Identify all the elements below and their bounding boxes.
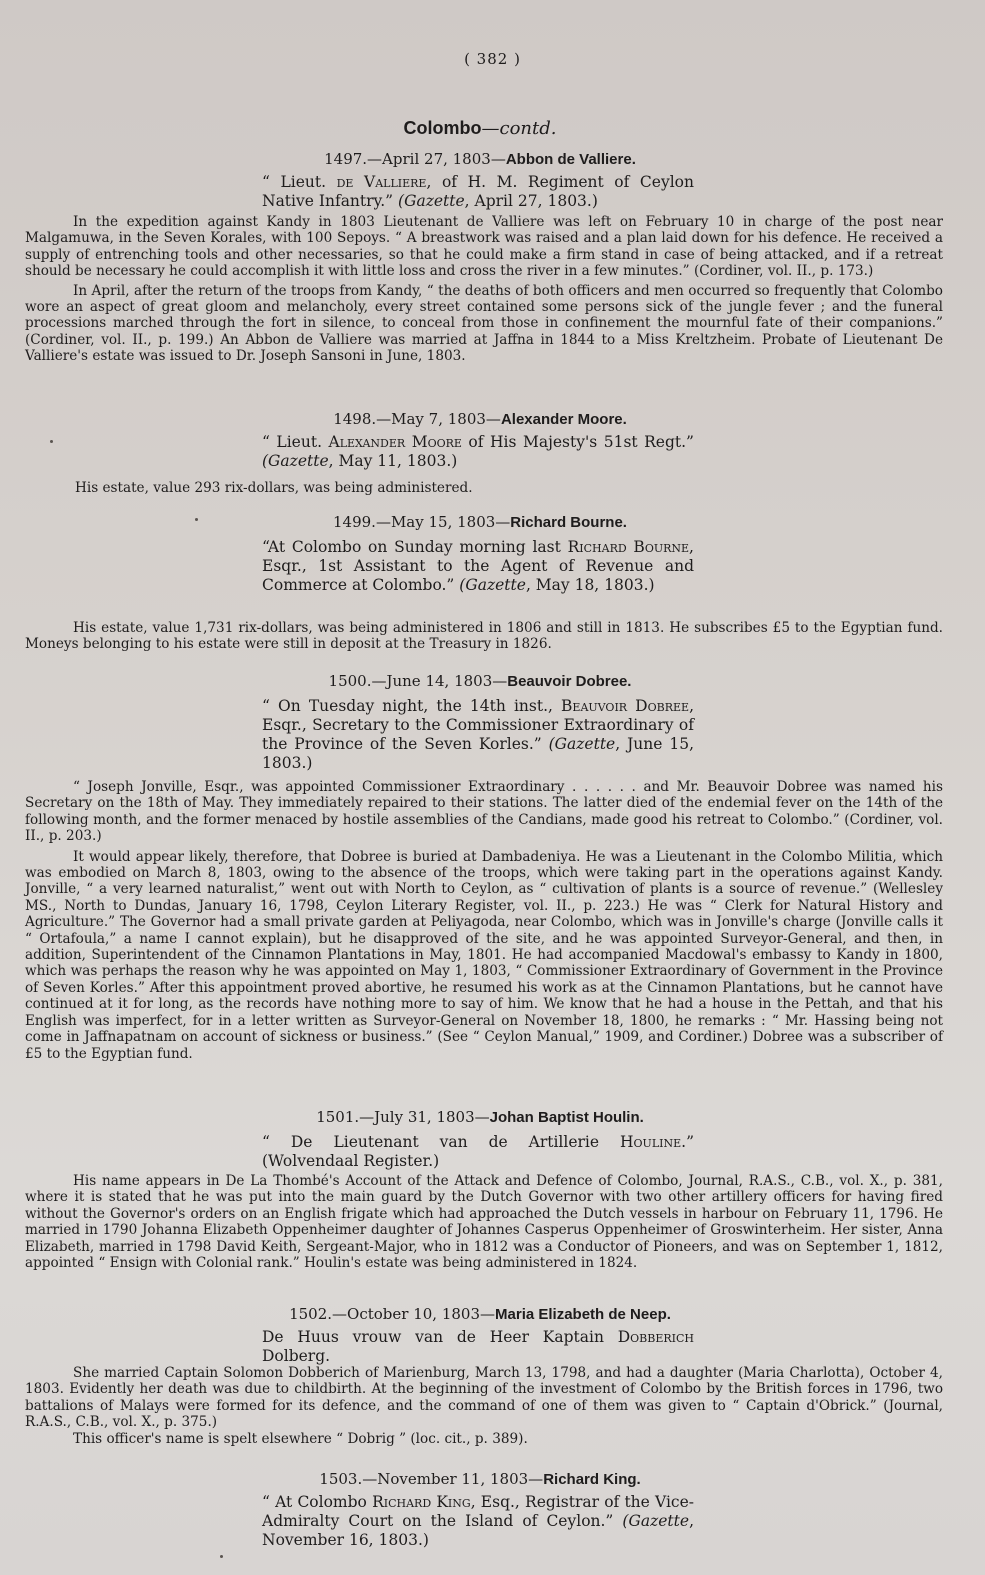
entry-body: His estate, value 293 rix-dollars, was b… xyxy=(25,480,943,496)
paragraph: In April, after the return of the troops… xyxy=(25,283,943,365)
paragraph: This officer's name is spelt elsewhere “… xyxy=(25,1431,943,1447)
entry-date: 1501.—July 31, 1803— xyxy=(316,1108,489,1126)
entry-name: Richard Bourne. xyxy=(510,514,627,531)
entry-heading: 1499.—May 15, 1803—Richard Bourne. xyxy=(0,513,960,531)
entry-heading: 1501.—July 31, 1803—Johan Baptist Houlin… xyxy=(0,1108,960,1126)
quote-name: Houline xyxy=(620,1133,681,1151)
entry-quote: “ At Colombo Richard King, Esq., Registr… xyxy=(262,1493,694,1550)
paragraph: It would appear likely, therefore, that … xyxy=(25,849,943,1062)
entry-name: Alexander Moore. xyxy=(501,411,627,428)
paper-speck xyxy=(195,518,198,521)
paragraph: His estate, value 1,731 rix-dollars, was… xyxy=(25,620,943,653)
quote-source: (Gazette xyxy=(262,452,329,470)
entry-heading: 1497.—April 27, 1803—Abbon de Valliere. xyxy=(0,150,960,168)
entry-name: Johan Baptist Houlin. xyxy=(490,1109,644,1126)
quote-text: “At Colombo on Sunday morning last xyxy=(262,538,568,556)
quote-source: (Gazette xyxy=(549,735,616,753)
quote-source: (Gazette xyxy=(622,1512,689,1530)
entry-body: “ Joseph Jonville, Esqr., was appointed … xyxy=(25,779,943,1062)
quote-name: Beauvoir Dobree xyxy=(561,697,689,715)
paragraph: In the expedition against Kandy in 1803 … xyxy=(25,214,943,280)
entry-name: Richard King. xyxy=(543,1471,641,1488)
section-title: Colombo—contd. xyxy=(0,118,960,139)
section-title-suffix: —contd. xyxy=(482,118,557,139)
entry-date: 1499.—May 15, 1803— xyxy=(333,513,510,531)
paper-speck xyxy=(220,1555,223,1558)
quote-source: (Gazette xyxy=(459,576,526,594)
entry-heading: 1498.—May 7, 1803—Alexander Moore. xyxy=(0,410,960,428)
entry-quote: “ On Tuesday night, the 14th inst., Beau… xyxy=(262,697,694,773)
entry-date: 1500.—June 14, 1803— xyxy=(329,672,508,690)
entry-quote: “At Colombo on Sunday morning last Richa… xyxy=(262,538,694,595)
quote-citation: , May 18, 1803.) xyxy=(526,576,655,594)
entry-quote: “ Lieut. de Valliere, of H. M. Regiment … xyxy=(262,173,694,211)
entry-quote: “ De Lieutenant van de Artillerie Houlin… xyxy=(262,1133,694,1171)
quote-text: of His Majesty's 51st Regt.” xyxy=(462,433,694,451)
quote-text: “ De Lieutenant van de Artillerie xyxy=(262,1133,620,1151)
quote-text: “ Lieut. xyxy=(262,173,337,191)
quote-source: (Gazette xyxy=(398,192,465,210)
entry-name: Maria Elizabeth de Neep. xyxy=(495,1306,671,1323)
entry-date: 1503.—November 11, 1803— xyxy=(319,1470,543,1488)
paragraph: “ Joseph Jonville, Esqr., was appointed … xyxy=(25,779,943,845)
quote-text: De Huus vrouw van de Heer Kaptain xyxy=(262,1328,618,1346)
quote-name: Alexander Moore xyxy=(329,433,462,451)
page-number: ( 382 ) xyxy=(0,50,985,68)
entry-body: His estate, value 1,731 rix-dollars, was… xyxy=(25,620,943,653)
entry-date: 1497.—April 27, 1803— xyxy=(324,150,506,168)
entry-body: In the expedition against Kandy in 1803 … xyxy=(25,214,943,365)
quote-name: Dobberich xyxy=(618,1328,694,1346)
entry-quote: De Huus vrouw van de Heer Kaptain Dobber… xyxy=(262,1328,694,1366)
quote-text: Dolberg. xyxy=(262,1347,330,1365)
paragraph: She married Captain Solomon Dobberich of… xyxy=(25,1365,943,1431)
quote-text: “ On Tuesday night, the 14th inst., xyxy=(262,697,561,715)
quote-text: “ Lieut. xyxy=(262,433,329,451)
paragraph: His name appears in De La Thombé's Accou… xyxy=(25,1173,943,1271)
quote-text: “ At Colombo xyxy=(262,1493,372,1511)
entry-heading: 1503.—November 11, 1803—Richard King. xyxy=(0,1470,960,1488)
quote-name: Richard Bourne xyxy=(568,538,689,556)
quote-citation: , May 11, 1803.) xyxy=(329,452,458,470)
entry-heading: 1502.—October 10, 1803—Maria Elizabeth d… xyxy=(0,1305,960,1323)
paper-speck xyxy=(50,440,53,443)
entry-body: She married Captain Solomon Dobberich of… xyxy=(25,1365,943,1447)
quote-name: Richard King xyxy=(372,1493,471,1511)
quote-citation: , April 27, 1803.) xyxy=(465,192,598,210)
entry-date: 1498.—May 7, 1803— xyxy=(333,410,501,428)
entry-heading: 1500.—June 14, 1803—Beauvoir Dobree. xyxy=(0,672,960,690)
paragraph: His estate, value 293 rix-dollars, was b… xyxy=(25,480,943,496)
entry-name: Abbon de Valliere. xyxy=(506,151,636,168)
section-title-main: Colombo xyxy=(404,118,482,138)
document-page: ( 382 ) Colombo—contd. 1497.—April 27, 1… xyxy=(0,0,985,1575)
entry-body: His name appears in De La Thombé's Accou… xyxy=(25,1173,943,1271)
entry-quote: “ Lieut. Alexander Moore of His Majesty'… xyxy=(262,433,694,471)
entry-name: Beauvoir Dobree. xyxy=(507,673,631,690)
quote-name: de Valliere xyxy=(337,173,427,191)
entry-date: 1502.—October 10, 1803— xyxy=(289,1305,495,1323)
